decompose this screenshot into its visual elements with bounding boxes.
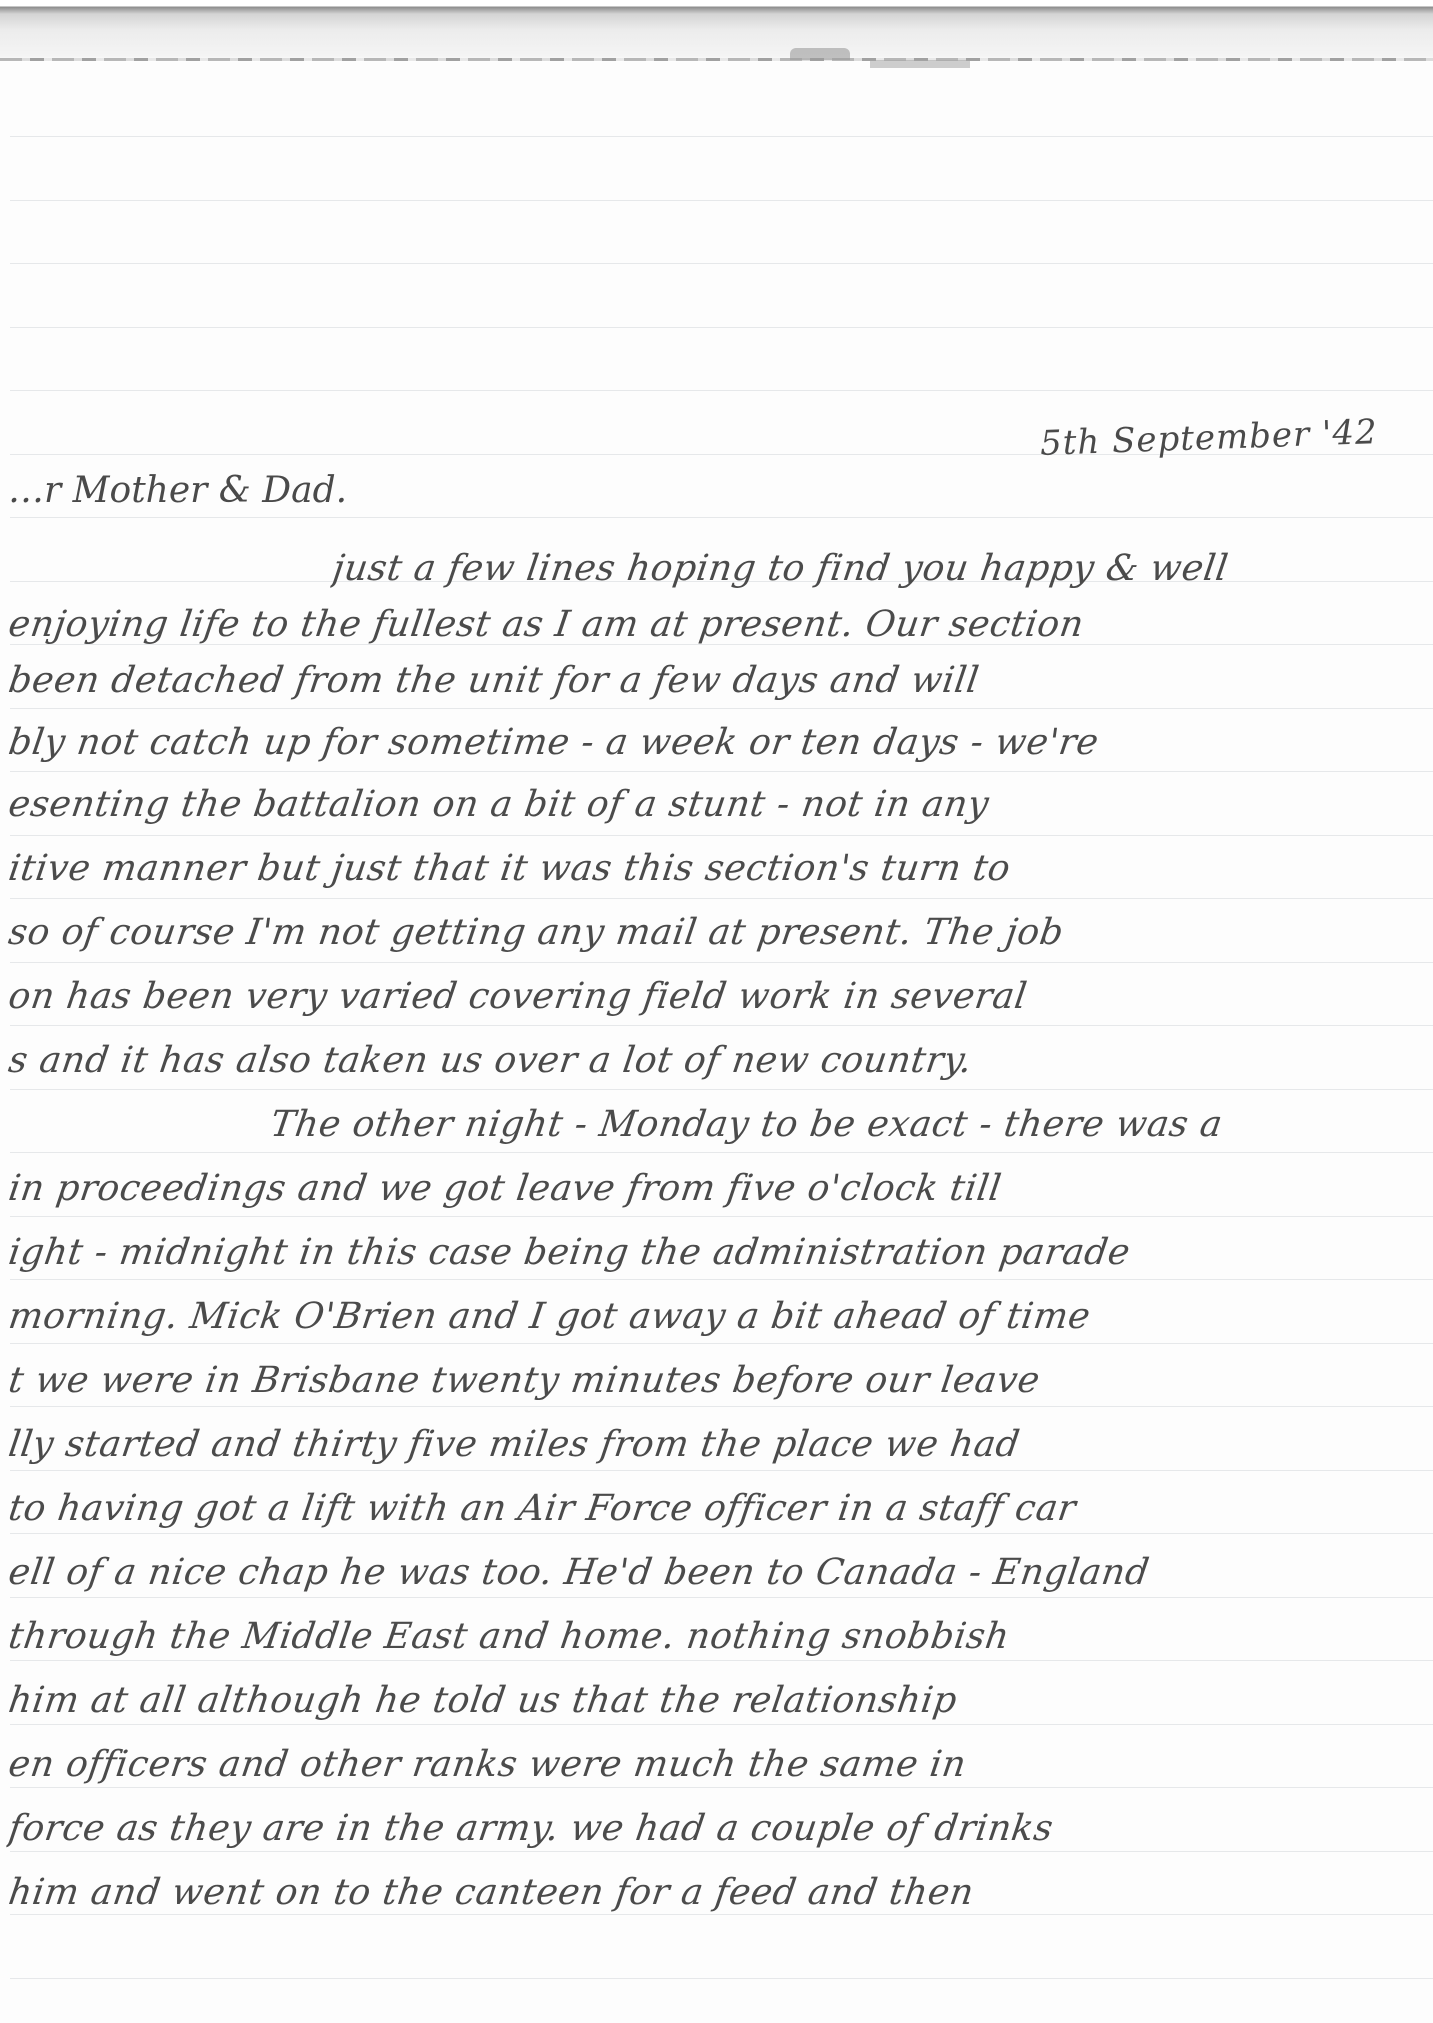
letter-line: The other night - Monday to be exact - t… [268,1104,1419,1145]
ruled-line [10,1089,1433,1090]
ruled-line [10,1279,1433,1280]
scanner-shadow [0,0,1433,62]
ruled-line [10,1597,1433,1598]
ruled-line [10,1470,1433,1471]
letter-line: been detached from the unit for a few da… [6,660,1419,701]
paper-tear-mark [790,48,850,60]
letter-line: esenting the battalion on a bit of a stu… [6,784,1419,825]
ruled-line [10,327,1433,328]
letter-salutation: …r Mother & Dad. [8,470,347,511]
ruled-line [10,200,1433,201]
letter-line: itive manner but just that it was this s… [6,848,1419,889]
ruled-line [10,1152,1433,1153]
ruled-line [10,1533,1433,1534]
letter-line: bly not catch up for sometime - a week o… [6,722,1419,763]
ruled-line [10,1851,1433,1852]
ruled-line [10,771,1433,772]
letter-line: lly started and thirty five miles from t… [6,1424,1419,1465]
paper-top-edge [0,58,1433,61]
ruled-line [10,1724,1433,1725]
ruled-line [10,1978,1433,1979]
ruled-line [10,390,1433,391]
letter-line: enjoying life to the fullest as I am at … [6,604,1419,645]
letter-line: morning. Mick O'Brien and I got away a b… [6,1296,1419,1337]
ruled-line [10,898,1433,899]
letter-line: in proceedings and we got leave from fiv… [6,1168,1419,1209]
letter-line: t we were in Brisbane twenty minutes bef… [6,1360,1419,1401]
ruled-line [10,136,1433,137]
letter-line: on has been very varied covering field w… [6,976,1419,1017]
letter-line: so of course I'm not getting any mail at… [6,912,1419,953]
letter-line: to having got a lift with an Air Force o… [6,1488,1419,1529]
letter-line: force as they are in the army. we had a … [6,1808,1419,1849]
ruled-line [10,708,1433,709]
ruled-line [10,1914,1433,1915]
letter-line: ell of a nice chap he was too. He'd been… [6,1552,1419,1593]
letter-line: through the Middle East and home. nothin… [6,1616,1419,1657]
letter-line: ight - midnight in this case being the a… [6,1232,1419,1273]
ruled-line [10,1406,1433,1407]
paper-tear-mark [870,60,970,68]
ruled-line [10,962,1433,963]
letter-line: just a few lines hoping to find you happ… [330,548,1419,589]
ruled-line [10,1660,1433,1661]
ruled-line [10,835,1433,836]
ruled-line [10,1343,1433,1344]
letter-line: him at all although he told us that the … [6,1680,1419,1721]
ruled-line [10,1025,1433,1026]
ruled-line [10,1216,1433,1217]
ruled-line [10,1787,1433,1788]
letter-line: en officers and other ranks were much th… [6,1744,1419,1785]
letter-line: him and went on to the canteen for a fee… [6,1872,1419,1913]
ruled-line [10,517,1433,518]
letter-line: s and it has also taken us over a lot of… [6,1040,1419,1081]
ruled-line [10,263,1433,264]
